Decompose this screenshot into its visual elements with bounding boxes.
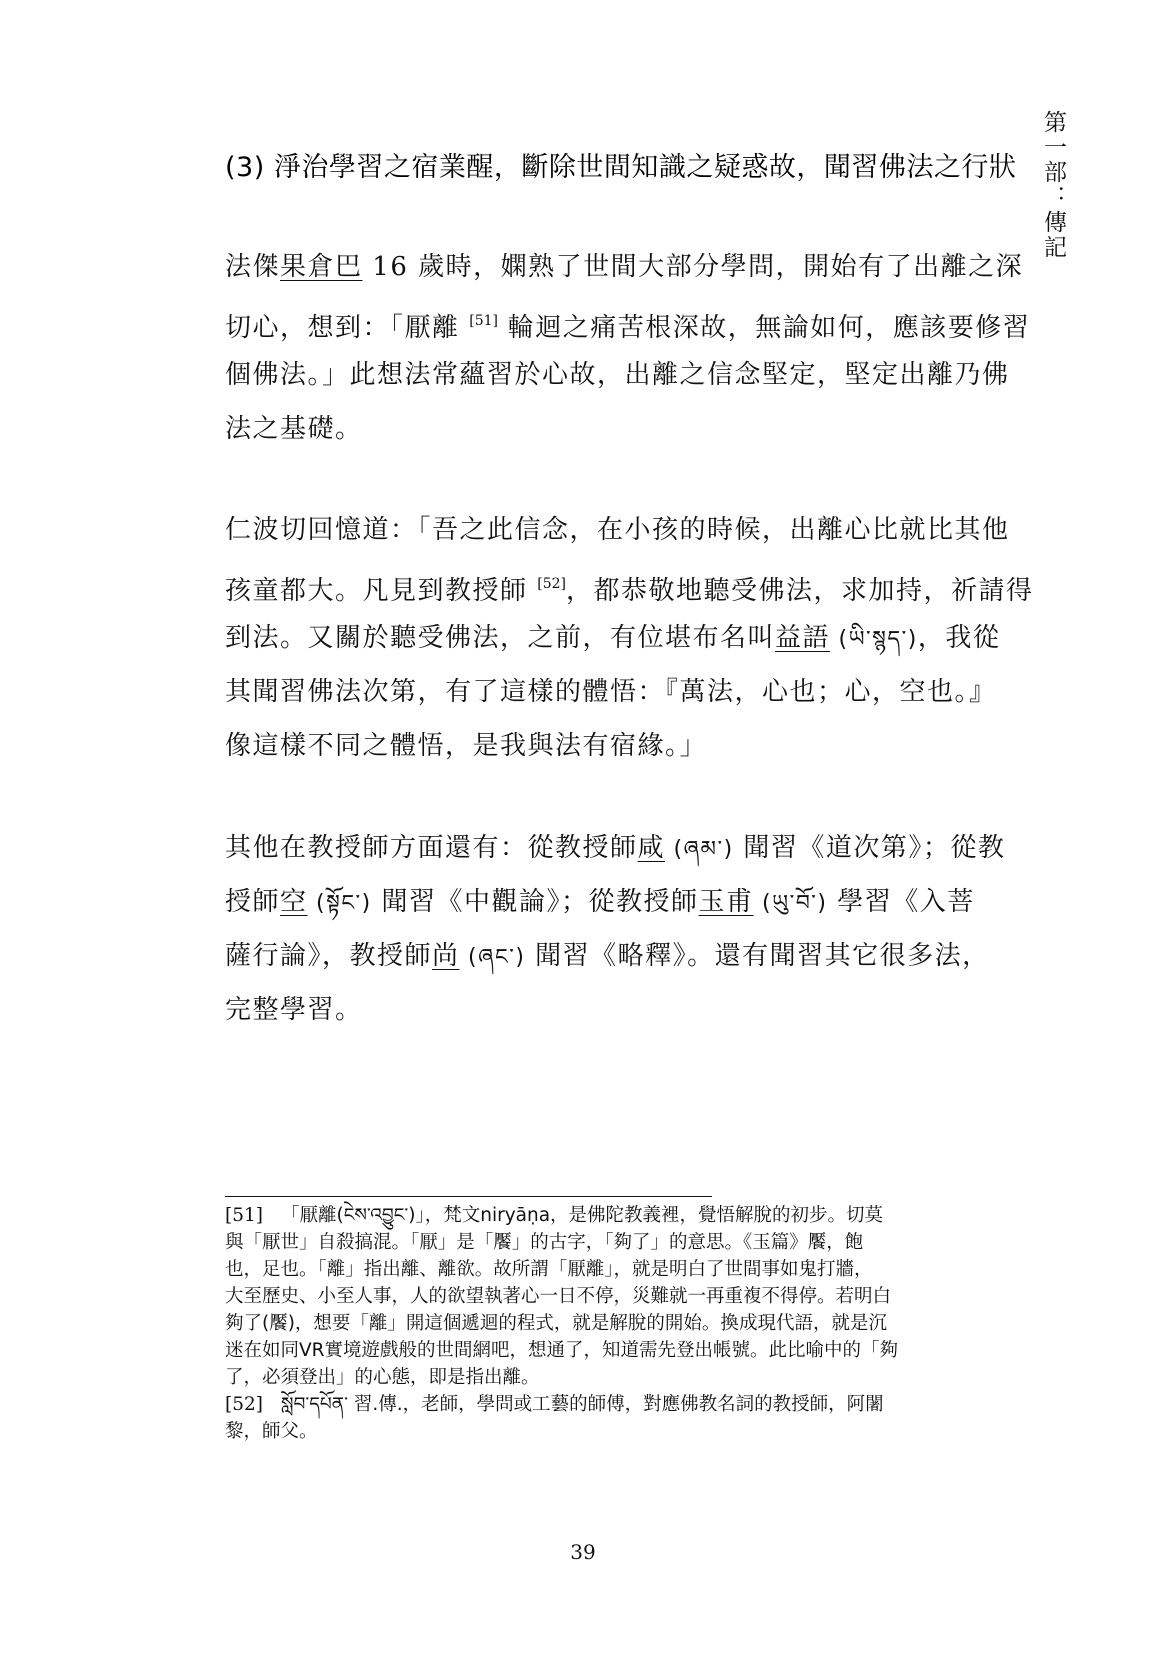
person-name: 玉甫 bbox=[699, 887, 754, 917]
footnote-52: [52]སློབ་དཔོན་ 習.傳.，老師，學問或工藝的師傅，對應佛教名詞的教… bbox=[225, 1391, 1015, 1445]
footnote-divider bbox=[225, 1196, 712, 1197]
tibetan-name: (ཞང་) bbox=[460, 945, 526, 970]
document-page: 第一部：傳記 (3) 淨治學習之宿業醒，斷除世間知識之疑惑故，聞習佛法之行狀 法… bbox=[0, 0, 1166, 1654]
text-line: 其聞習佛法次第，有了這樣的體悟：『萬法，心也；心，空也。』 bbox=[225, 665, 1015, 719]
text-line: 完整學習。 bbox=[225, 983, 1015, 1037]
person-name: 咸 bbox=[638, 833, 666, 863]
text: 16 歲時，嫻熟了世間大部分學問，開始有了出離之深 bbox=[363, 252, 1024, 282]
tibetan-name: (ཡུ་བོ་) bbox=[754, 891, 828, 916]
tibetan-name: (ཞམ་) bbox=[665, 837, 734, 862]
text-line: 授師空 (སྟོང་) 聞習《中觀論》；從教授師玉甫 (ཡུ་བོ་) 學習《入… bbox=[225, 875, 1015, 929]
text: ，都恭敬地聽受佛法，求加持，祈請得 bbox=[566, 576, 1034, 606]
text: 「厭離(ངེས་འབྱུང་)」，梵文niryāṇa，是佛陀教義裡，覺悟解脫的初… bbox=[281, 1205, 883, 1226]
text: 聞習《中觀論》；從教授師 bbox=[372, 887, 699, 917]
text: 輪迴之痛苦根深故，無論如何，應該要修習 bbox=[498, 313, 1030, 343]
footnote-line: 了，必須登出」的心態，即是指出離。 bbox=[225, 1364, 1015, 1391]
footnote-line: 夠了(饜)，想要「離」開這個遞迴的程式，就是解脫的開始。換成現代語，就是沉 bbox=[225, 1310, 1015, 1337]
person-name: 果倉巴 bbox=[280, 252, 363, 282]
text: 切心，想到：「厭離 bbox=[225, 313, 469, 343]
part-label: 第一部：傳記 bbox=[1028, 110, 1068, 260]
footnote-line: 與「厭世」自殺搞混。「厭」是「饜」的古字，「夠了」的意思。《玉篇》饜，飽 bbox=[225, 1229, 1015, 1256]
text: 聞習《略釋》。還有聞習其它很多法， bbox=[525, 941, 989, 971]
footnote-line: 黎，師父。 bbox=[225, 1418, 1015, 1445]
person-name: 空 bbox=[280, 887, 308, 917]
text-line: 個佛法。」此想法常蘊習於心故，出離之信念堅定，堅定出離乃佛 bbox=[225, 348, 1015, 402]
text: 孩童都大。凡見到教授師 bbox=[225, 576, 537, 606]
text: ，我從 bbox=[918, 623, 1001, 653]
text: 授師 bbox=[225, 887, 280, 917]
text-line: 其他在教授師方面還有：從教授師咸 (ཞམ་) 聞習《道次第》；從教 bbox=[225, 821, 1015, 875]
text-line: 仁波切回憶道：「吾之此信念，在小孩的時候，出離心比就比其他 bbox=[225, 503, 1015, 557]
footnote-line: 也，足也。「離」指出離、離欲。故所謂「厭離」，就是明白了世間事如鬼打牆， bbox=[225, 1256, 1015, 1283]
footnotes: [51]「厭離(ངེས་འབྱུང་)」，梵文niryāṇa，是佛陀教義裡，覺悟… bbox=[225, 1202, 1015, 1445]
text-line: 到法。又關於聽受佛法，之前，有位堪布名叫益語 (ཡི་སྙད་)，我從 bbox=[225, 611, 1015, 665]
footnote-51: [51]「厭離(ངེས་འབྱུང་)」，梵文niryāṇa，是佛陀教義裡，覺悟… bbox=[225, 1202, 1015, 1391]
footnote-line: [52]སློབ་དཔོན་ 習.傳.，老師，學問或工藝的師傅，對應佛教名詞的教… bbox=[225, 1391, 1015, 1418]
footnote-line: [51]「厭離(ངེས་འབྱུང་)」，梵文niryāṇa，是佛陀教義裡，覺悟… bbox=[225, 1202, 1015, 1229]
paragraph-1: 法傑果倉巴 16 歲時，嫻熟了世間大部分學問，開始有了出離之深 切心，想到：「厭… bbox=[225, 240, 1015, 456]
text: 其他在教授師方面還有：從教授師 bbox=[225, 833, 638, 863]
section-heading: (3) 淨治學習之宿業醒，斷除世間知識之疑惑故，聞習佛法之行狀 bbox=[225, 148, 1025, 188]
text: 聞習《道次第》；從教 bbox=[734, 833, 1006, 863]
footnote-line: 迷在如同VR實境遊戲般的世間網吧，想通了，知道需先登出帳號。此比喻中的「夠 bbox=[225, 1337, 1015, 1364]
paragraph-3: 其他在教授師方面還有：從教授師咸 (ཞམ་) 聞習《道次第》；從教 授師空 (ས… bbox=[225, 821, 1015, 1037]
footnote-ref-52[interactable]: [52] bbox=[537, 576, 566, 592]
text: 到法。又關於聽受佛法，之前，有位堪布名叫 bbox=[225, 623, 775, 653]
text-line: 薩行論》，教授師尚 (ཞང་) 聞習《略釋》。還有聞習其它很多法， bbox=[225, 929, 1015, 983]
text-line: 法之基礎。 bbox=[225, 402, 1015, 456]
footnote-ref-51[interactable]: [51] bbox=[469, 313, 498, 329]
tibetan-name: (ཡི་སྙད་) bbox=[830, 627, 918, 652]
text: 薩行論》，教授師 bbox=[225, 941, 432, 971]
footnote-number: [51] bbox=[225, 1205, 263, 1226]
text-line: 孩童都大。凡見到教授師 [52]，都恭敬地聽受佛法，求加持，祈請得 bbox=[225, 557, 1015, 611]
text-line: 法傑果倉巴 16 歲時，嫻熟了世間大部分學問，開始有了出離之深 bbox=[225, 240, 1015, 294]
footnote-line: 大至歷史、小至人事，人的欲望執著心一日不停，災難就一再重複不得停。若明白 bbox=[225, 1283, 1015, 1310]
text: 法傑 bbox=[225, 252, 280, 282]
text-line: 切心，想到：「厭離 [51] 輪迴之痛苦根深故，無論如何，應該要修習 bbox=[225, 294, 1015, 348]
person-name: 益語 bbox=[775, 623, 830, 653]
tibetan-name: (སྟོང་) bbox=[308, 891, 372, 916]
footnote-number: [52] bbox=[225, 1394, 263, 1415]
text-line: 像這樣不同之體悟，是我與法有宿緣。」 bbox=[225, 719, 1015, 773]
text: 學習《入菩 bbox=[828, 887, 975, 917]
person-name: 尚 bbox=[432, 941, 460, 971]
paragraph-2: 仁波切回憶道：「吾之此信念，在小孩的時候，出離心比就比其他 孩童都大。凡見到教授… bbox=[225, 503, 1015, 773]
page-number: 39 bbox=[0, 1540, 1166, 1564]
text: སློབ་དཔོན་ 習.傳.，老師，學問或工藝的師傅，對應佛教名詞的教授師，阿… bbox=[281, 1394, 884, 1415]
